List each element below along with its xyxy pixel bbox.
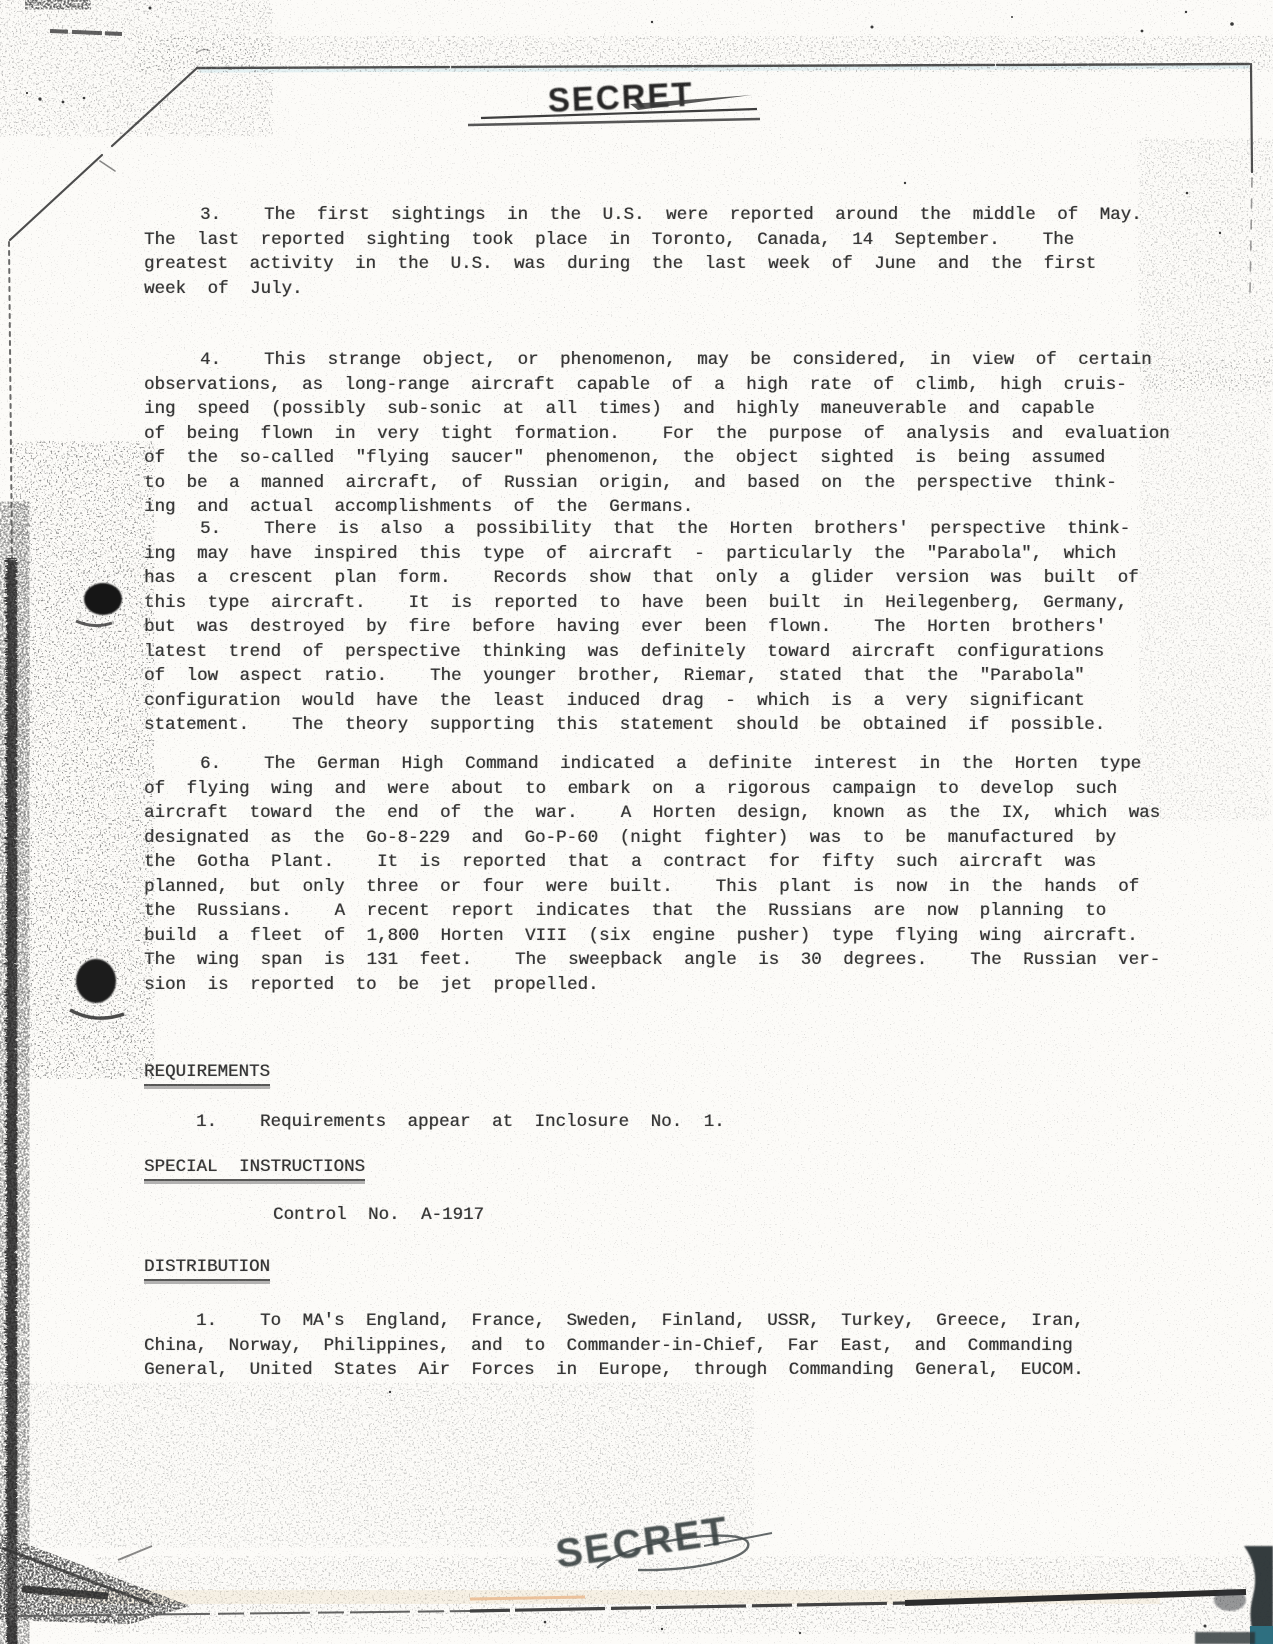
secret-stamp-bottom: SECRET — [553, 1509, 732, 1578]
distribution-heading: DISTRIBUTION — [144, 1255, 270, 1280]
paragraph-sightings: 3. The first sightings in the U.S. were … — [144, 203, 1142, 301]
distribution-heading-label: DISTRIBUTION — [144, 1257, 270, 1281]
requirements-heading: REQUIREMENTS — [144, 1060, 270, 1085]
paragraph-german-high-command: 6. The German High Command indicated a d… — [144, 752, 1160, 997]
document-text-layer: SECRET 3. The first sightings in the U.S… — [0, 0, 1273, 1644]
paragraph-strange-object: 4. This strange object, or phenomenon, m… — [144, 348, 1170, 520]
scanned-document-page: SECRET 3. The first sightings in the U.S… — [0, 0, 1273, 1644]
requirements-item: 1. Requirements appear at Inclosure No. … — [144, 1110, 725, 1135]
requirements-heading-label: REQUIREMENTS — [144, 1062, 270, 1086]
special-instructions-heading: SPECIAL INSTRUCTIONS — [144, 1155, 365, 1180]
paragraph-horten-brothers: 5. There is also a possibility that the … — [144, 517, 1139, 738]
distribution-item: 1. To MA's England, France, Sweden, Finl… — [144, 1309, 1084, 1383]
control-number: Control No. A-1917 — [273, 1203, 484, 1228]
special-instructions-heading-label: SPECIAL INSTRUCTIONS — [144, 1157, 365, 1181]
secret-stamp-top: SECRET — [547, 75, 694, 121]
